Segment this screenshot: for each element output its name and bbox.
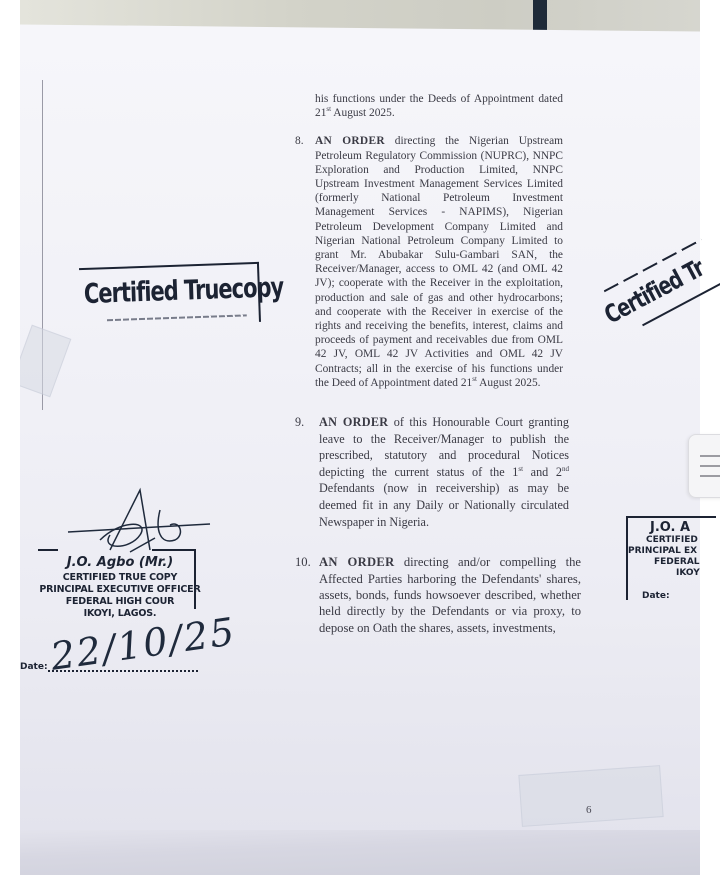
order-item-9: 9. AN ORDER of this Honourable Court gra… xyxy=(295,414,569,530)
stamp-line: IKOY xyxy=(676,568,720,579)
officer-certification-stamp-partial: J.O. A CERTIFIED PRINCIPAL EX FEDERAL IK… xyxy=(628,520,720,602)
stamp-border xyxy=(626,516,628,600)
item-number: 9. xyxy=(295,414,304,431)
document-body: his functions under the Deeds of Appoint… xyxy=(295,92,563,636)
stamp-border xyxy=(152,549,196,551)
stamp-line: CERTIFIED TRUE COPY xyxy=(20,572,220,584)
stamp-date-row: Date: xyxy=(20,662,198,672)
stamp-line: PRINCIPAL EX xyxy=(628,546,720,557)
order-heading: AN ORDER xyxy=(319,555,394,569)
officer-name: J.O. Agbo (Mr.) xyxy=(20,555,220,570)
order-heading: AN ORDER xyxy=(315,135,385,147)
order-item-10: 10. AN ORDER directing and/or compelling… xyxy=(295,554,581,636)
order-item-8: 8. AN ORDER directing the Nigerian Upstr… xyxy=(295,134,563,390)
stamp-line: FEDERAL xyxy=(654,557,720,568)
page-number: 6 xyxy=(586,804,592,816)
date-line xyxy=(48,670,198,672)
item-number: 8. xyxy=(295,134,304,148)
tape-strip xyxy=(518,765,663,827)
item-number: 10. xyxy=(295,554,311,570)
officer-name: J.O. A xyxy=(650,520,720,535)
viewer-menu-button[interactable] xyxy=(688,434,720,498)
stamp-line: FEDERAL HIGH COUR xyxy=(20,596,220,608)
continuation-paragraph: his functions under the Deeds of Appoint… xyxy=(315,92,563,120)
stamp-line: CERTIFIED xyxy=(646,535,720,546)
date-label: Date: xyxy=(642,591,720,602)
signature-icon xyxy=(60,480,220,560)
officer-certification-stamp: J.O. Agbo (Mr.) CERTIFIED TRUE COPY PRIN… xyxy=(20,555,220,620)
paper-fold xyxy=(20,830,700,875)
stamp-line: PRINCIPAL EXECUTIVE OFFICER xyxy=(20,584,220,596)
stamp-border xyxy=(38,549,58,551)
stamp-border xyxy=(626,516,716,518)
stamp-border xyxy=(194,549,196,609)
image-viewer: his functions under the Deeds of Appoint… xyxy=(0,0,720,875)
order-heading: AN ORDER xyxy=(319,415,388,429)
date-label: Date: xyxy=(20,662,48,672)
certified-true-copy-stamp: Certified Truecopy xyxy=(79,262,261,328)
